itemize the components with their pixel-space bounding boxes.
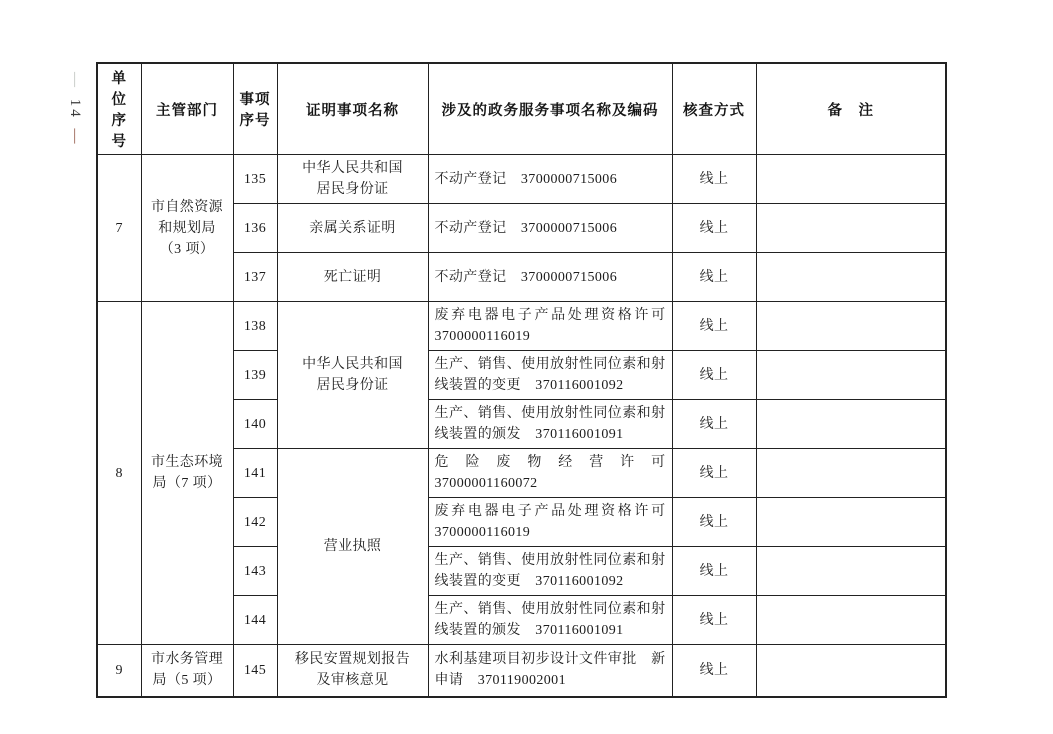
table-header-row: 单位 序号 主管部门 事项 序号 证明事项名称 涉及的政务服务事项名称及编码 核… xyxy=(97,63,946,155)
service-cell: 生产、销售、使用放射性同位素和射线装置的变更 370116001092 xyxy=(428,351,672,400)
header-certificate-name: 证明事项名称 xyxy=(277,63,428,155)
service-cell: 水利基建项目初步设计文件审批 新申请 370119002001 xyxy=(428,645,672,697)
department-cell: 市自然资源 和规划局 （3 项） xyxy=(141,155,233,302)
service-cell: 危险废物经营许可 37000001160072 xyxy=(428,449,672,498)
item-no-cell: 136 xyxy=(233,204,277,253)
item-no-cell: 139 xyxy=(233,351,277,400)
page-number-value: 14 xyxy=(67,97,83,122)
header-item-serial: 事项 序号 xyxy=(233,63,277,155)
unit-serial-cell: 8 xyxy=(97,302,141,645)
remark-cell xyxy=(756,155,946,204)
document-page: — 14 — 单位 序号 主管部门 事项 序号 证明事项名称 涉及的政务服务事项… xyxy=(0,0,1053,734)
method-cell: 线上 xyxy=(672,498,756,547)
method-cell: 线上 xyxy=(672,351,756,400)
remark-cell xyxy=(756,400,946,449)
page-number-dash-top: — xyxy=(67,72,83,90)
certificate-cell: 死亡证明 xyxy=(277,253,428,302)
service-cell: 废弃电器电子产品处理资格许可 3700000116019 xyxy=(428,302,672,351)
table-row: 9 市水务管理 局（5 项） 145 移民安置规划报告 及审核意见 水利基建项目… xyxy=(97,645,946,697)
table-row: 8 市生态环境 局（7 项） 138 中华人民共和国 居民身份证 废弃电器电子产… xyxy=(97,302,946,351)
table-row: 7 市自然资源 和规划局 （3 项） 135 中华人民共和国 居民身份证 不动产… xyxy=(97,155,946,204)
header-remark: 备 注 xyxy=(756,63,946,155)
remark-cell xyxy=(756,449,946,498)
service-cell: 不动产登记 3700000715006 xyxy=(428,253,672,302)
header-unit-serial: 单位 序号 xyxy=(97,63,141,155)
remark-cell xyxy=(756,645,946,697)
item-no-cell: 135 xyxy=(233,155,277,204)
service-cell: 生产、销售、使用放射性同位素和射线装置的颁发 370116001091 xyxy=(428,596,672,645)
method-cell: 线上 xyxy=(672,596,756,645)
method-cell: 线上 xyxy=(672,302,756,351)
method-cell: 线上 xyxy=(672,253,756,302)
method-cell: 线上 xyxy=(672,449,756,498)
service-cell: 不动产登记 3700000715006 xyxy=(428,155,672,204)
certificate-cell: 中华人民共和国 居民身份证 xyxy=(277,155,428,204)
item-no-cell: 141 xyxy=(233,449,277,498)
item-no-cell: 140 xyxy=(233,400,277,449)
item-no-cell: 142 xyxy=(233,498,277,547)
service-cell: 废弃电器电子产品处理资格许可 3700000116019 xyxy=(428,498,672,547)
method-cell: 线上 xyxy=(672,155,756,204)
remark-cell xyxy=(756,204,946,253)
remark-cell xyxy=(756,253,946,302)
item-no-cell: 143 xyxy=(233,547,277,596)
remark-cell xyxy=(756,498,946,547)
unit-serial-cell: 9 xyxy=(97,645,141,697)
remark-cell xyxy=(756,302,946,351)
certificate-cell: 移民安置规划报告 及审核意见 xyxy=(277,645,428,697)
remark-cell xyxy=(756,547,946,596)
method-cell: 线上 xyxy=(672,645,756,697)
service-cell: 不动产登记 3700000715006 xyxy=(428,204,672,253)
remark-cell xyxy=(756,351,946,400)
item-no-cell: 145 xyxy=(233,645,277,697)
service-cell: 生产、销售、使用放射性同位素和射线装置的颁发 370116001091 xyxy=(428,400,672,449)
header-verification-method: 核查方式 xyxy=(672,63,756,155)
page-number-dash-bottom: — xyxy=(67,129,83,147)
item-no-cell: 138 xyxy=(233,302,277,351)
verification-items-table: 单位 序号 主管部门 事项 序号 证明事项名称 涉及的政务服务事项名称及编码 核… xyxy=(96,62,947,698)
method-cell: 线上 xyxy=(672,400,756,449)
side-page-number: — 14 — xyxy=(66,72,83,147)
method-cell: 线上 xyxy=(672,204,756,253)
item-no-cell: 137 xyxy=(233,253,277,302)
method-cell: 线上 xyxy=(672,547,756,596)
department-cell: 市水务管理 局（5 项） xyxy=(141,645,233,697)
certificate-cell: 中华人民共和国 居民身份证 xyxy=(277,302,428,449)
certificate-cell: 营业执照 xyxy=(277,449,428,645)
header-department: 主管部门 xyxy=(141,63,233,155)
header-service-name-code: 涉及的政务服务事项名称及编码 xyxy=(428,63,672,155)
unit-serial-cell: 7 xyxy=(97,155,141,302)
service-cell: 生产、销售、使用放射性同位素和射线装置的变更 370116001092 xyxy=(428,547,672,596)
item-no-cell: 144 xyxy=(233,596,277,645)
certificate-cell: 亲属关系证明 xyxy=(277,204,428,253)
department-cell: 市生态环境 局（7 项） xyxy=(141,302,233,645)
remark-cell xyxy=(756,596,946,645)
